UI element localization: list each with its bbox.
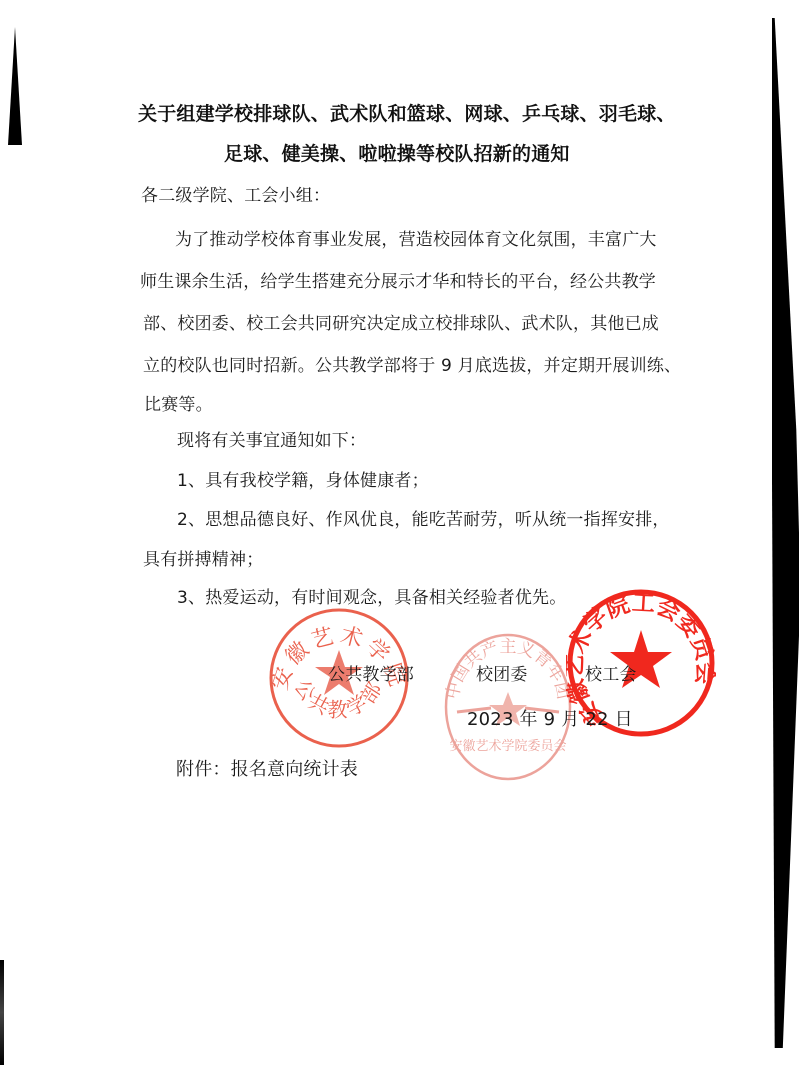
signatory-trade-union: 校工会 — [585, 665, 637, 685]
body-line: 部、校团委、校工会共同研究决定成立校排球队、武术队，其他已成 — [143, 314, 659, 334]
body-line: 师生课余生活，给学生搭建充分展示才华和特长的平台，经公共教学 — [140, 272, 656, 292]
salutation: 各二级学院、工会小组： — [141, 186, 330, 206]
requirement-item-2: 2、思想品德良好、作风优良，能吃苦耐劳，听从统一指挥安排， — [177, 510, 670, 530]
signatory-public-teaching-dept: 公共教学部 — [328, 665, 414, 685]
body-line: 为了推动学校体育事业发展，营造校园体育文化氛围，丰富广大 — [175, 230, 657, 250]
signatory-youth-league: 校团委 — [476, 665, 528, 685]
scan-edge-right — [772, 18, 799, 1048]
requirement-item-1: 1、具有我校学籍，身体健康者； — [177, 471, 429, 491]
body-line: 立的校队也同时招新。公共教学部将于 9 月底选拔，并定期开展训练、 — [143, 356, 681, 376]
scan-edge-left-top — [8, 27, 22, 145]
youth-league-seal: 中国共产主义青年团 安徽艺术学院委员会 — [443, 632, 573, 782]
seal-star-icon: 中国共产主义青年团 安徽艺术学院委员会 — [443, 632, 573, 782]
requirement-item-2-cont: 具有拼搏精神； — [143, 550, 263, 570]
scan-edge-left-bottom — [0, 960, 4, 1065]
items-intro: 现将有关事宜通知如下： — [177, 431, 366, 451]
attachment-note: 附件：报名意向统计表 — [176, 760, 358, 780]
document-title-line2: 足球、健美操、啦啦操等校队招新的通知 — [224, 144, 570, 164]
document-title-line1: 关于组建学校排球队、武术队和篮球、网球、乒乓球、羽毛球、 — [138, 104, 676, 124]
requirement-item-3: 3、热爱运动，有时间观念，具备相关经验者优先。 — [177, 588, 566, 608]
svg-text:安徽艺术学院委员会: 安徽艺术学院委员会 — [449, 738, 566, 754]
body-line: 比赛等。 — [144, 395, 213, 415]
document-date: 2023 年 9 月 22 日 — [467, 710, 633, 730]
